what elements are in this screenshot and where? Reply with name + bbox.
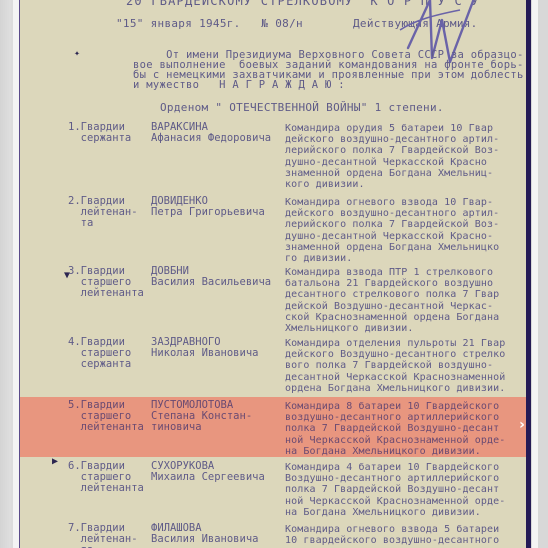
entry-description: Командира отделения пульроты 21 Гвар дей… (285, 338, 505, 394)
entry-name: ВАРАКСИНА Афанасия Федоровича (151, 122, 271, 144)
order-title: Орденом " ОТЕЧЕСТВЕННОЙ ВОЙНЫ" 1 степени… (160, 102, 444, 113)
entry-rank: 4.Гвардии старшего сержанта (68, 337, 131, 370)
entry-description: Командира взвода ПТР 1 стрелкового батал… (285, 267, 499, 334)
document-date-number: "15" января 1945г. № 08/н (116, 18, 303, 29)
next-page-chevron-right-icon[interactable]: › (515, 417, 529, 433)
entry-description: Командира орудия 5 батареи 10 Гвар дейск… (285, 123, 499, 190)
entry-description: Командира 4 батареи 10 Гвардейского Возд… (285, 462, 505, 518)
entry-description: Командира огневого взвода 10 Гвар- дейск… (285, 197, 499, 264)
entry-description: Командира 8 батареи 10 Гвардейского возд… (285, 401, 505, 457)
entry-name: ФИЛАШОВА Василия Ивановича (151, 523, 258, 545)
entry-name: ПУСТОМОЛОТОВА Степана Констан- тиновича (151, 400, 252, 433)
viewer-margin-right (532, 0, 538, 548)
entry-name: ЗАЗДРАВНОГО Николая Ивановича (151, 337, 258, 359)
entry-name: ДОВБНИ Василия Васильевича (151, 266, 271, 288)
entry-rank: 5.Гвардии старшего лейтенанта (68, 400, 144, 433)
entry-rank: 7.Гвардии лейтенан- та (68, 523, 138, 548)
page-edge (526, 0, 531, 548)
entry-name: СУХОРУКОВА Михаила Сергеевича (151, 461, 265, 483)
entry-rank: 3.Гвардии старшего лейтенанта (68, 266, 144, 299)
entry-rank: 6.Гвардии старшего лейтенанта (68, 461, 144, 494)
entry-description: Командира огневого взвода 5 батареи 10 г… (285, 524, 499, 546)
entry-name: ДОВИДЕНКО Петра Григорьевича (151, 196, 265, 218)
document-viewer: 20 ГВАРДЕЙСКОМУ СТРЕЛКОВОМУ К О Р П У С … (0, 0, 548, 548)
award-preamble: От имени Президиума Верховного Совета СС… (133, 50, 524, 90)
scanned-document-page: 20 ГВАРДЕЙСКОМУ СТРЕЛКОВОМУ К О Р П У С … (19, 0, 528, 548)
margin-tick-icon: ▶ (52, 458, 60, 466)
punch-mark-icon: ✦ (74, 50, 82, 58)
entry-rank: 2.Гвардии лейтенан- та (68, 196, 138, 229)
entry-rank: 1.Гвардии сержанта (68, 122, 131, 144)
